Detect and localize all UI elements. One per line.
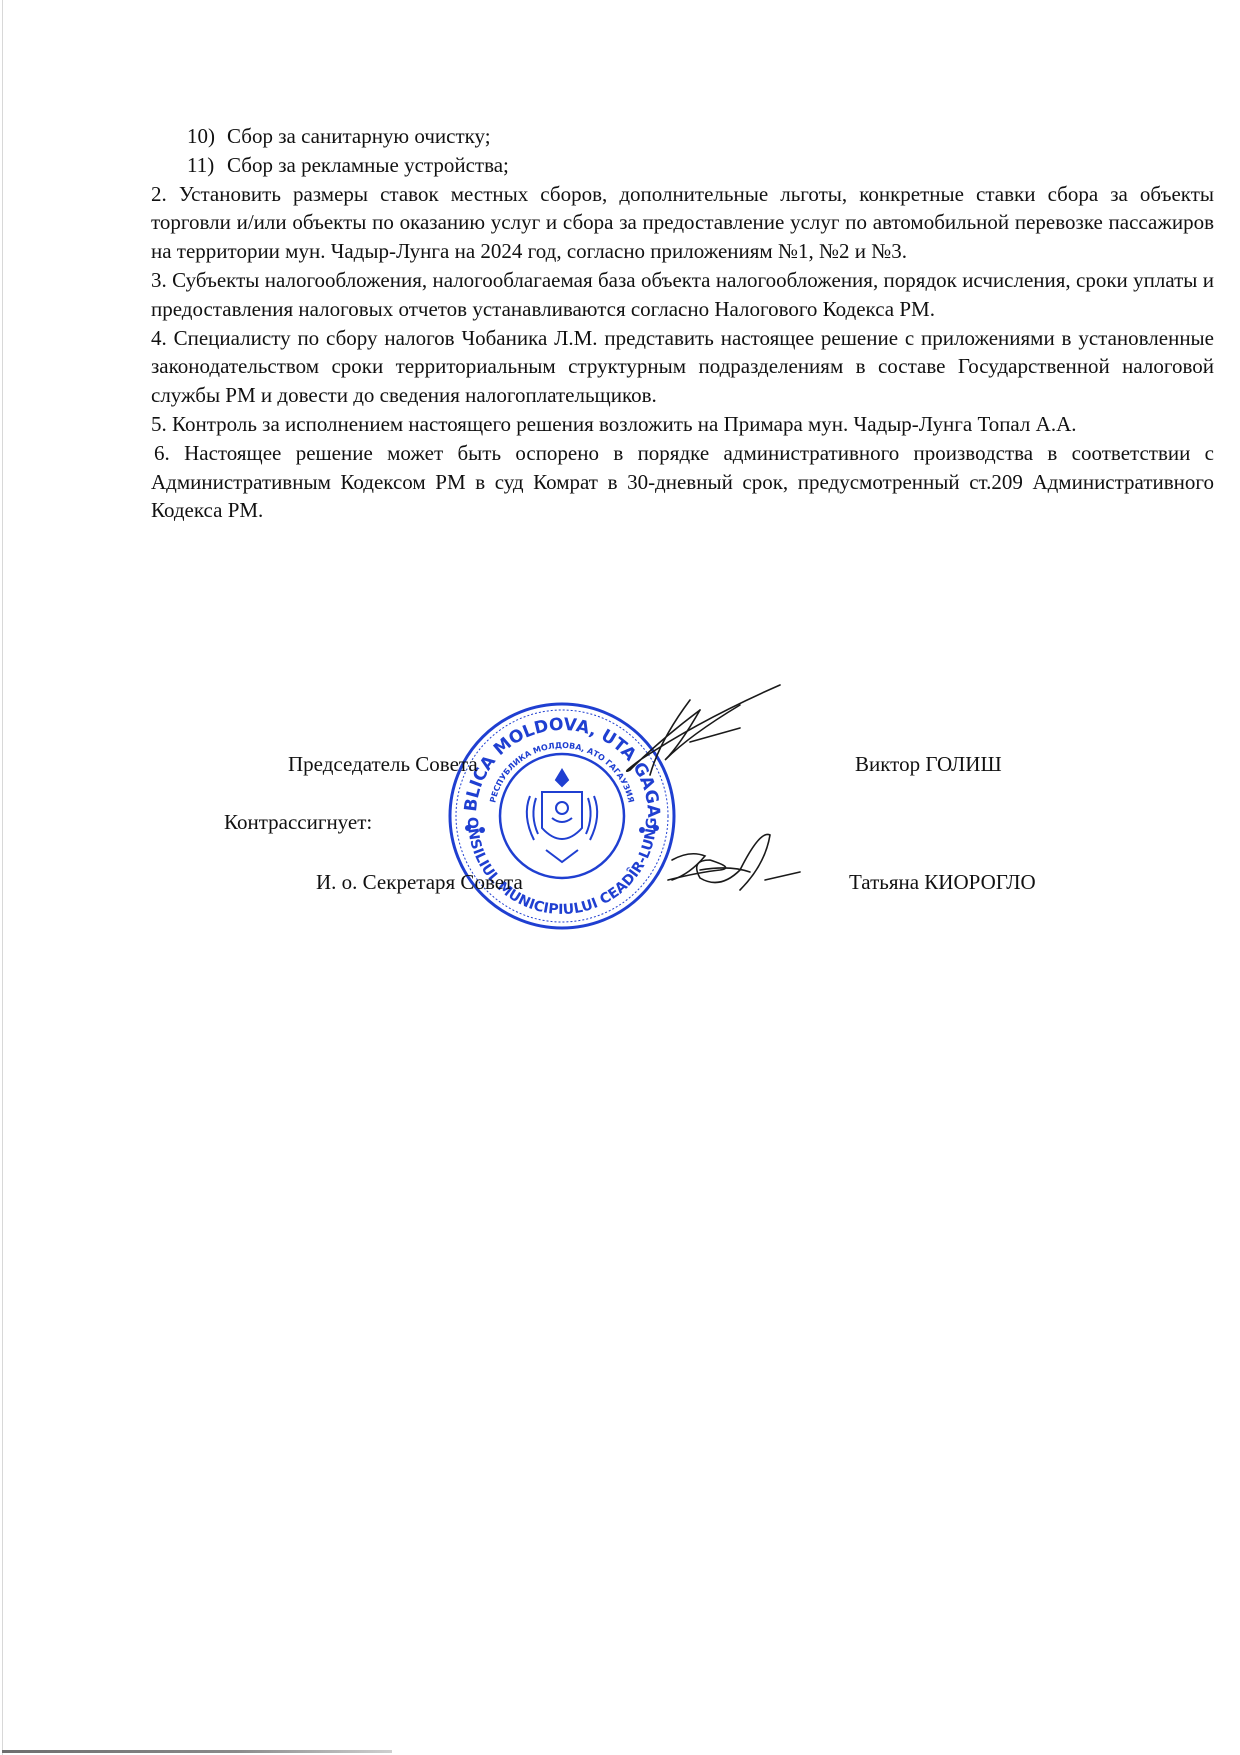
scan-edge-bottom	[2, 1750, 392, 1753]
chairman-name: Виктор ГОЛИШ	[855, 752, 1002, 777]
document-page: 10) Сбор за санитарную очистку; 11) Сбор…	[0, 0, 1240, 1755]
signature-block: REPUBLICA MOLDOVA, UTA GAGAUZIA РЕСПУБЛИ…	[0, 0, 1240, 1000]
countersign-label: Контрассигнует:	[224, 810, 372, 835]
secretary-name: Татьяна КИОРОГЛО	[849, 870, 1036, 895]
secretary-title: И. о. Секретаря Совета	[316, 870, 523, 895]
signature-chairman-icon	[0, 0, 1240, 1000]
chairman-title: Председатель Совета	[288, 752, 478, 777]
